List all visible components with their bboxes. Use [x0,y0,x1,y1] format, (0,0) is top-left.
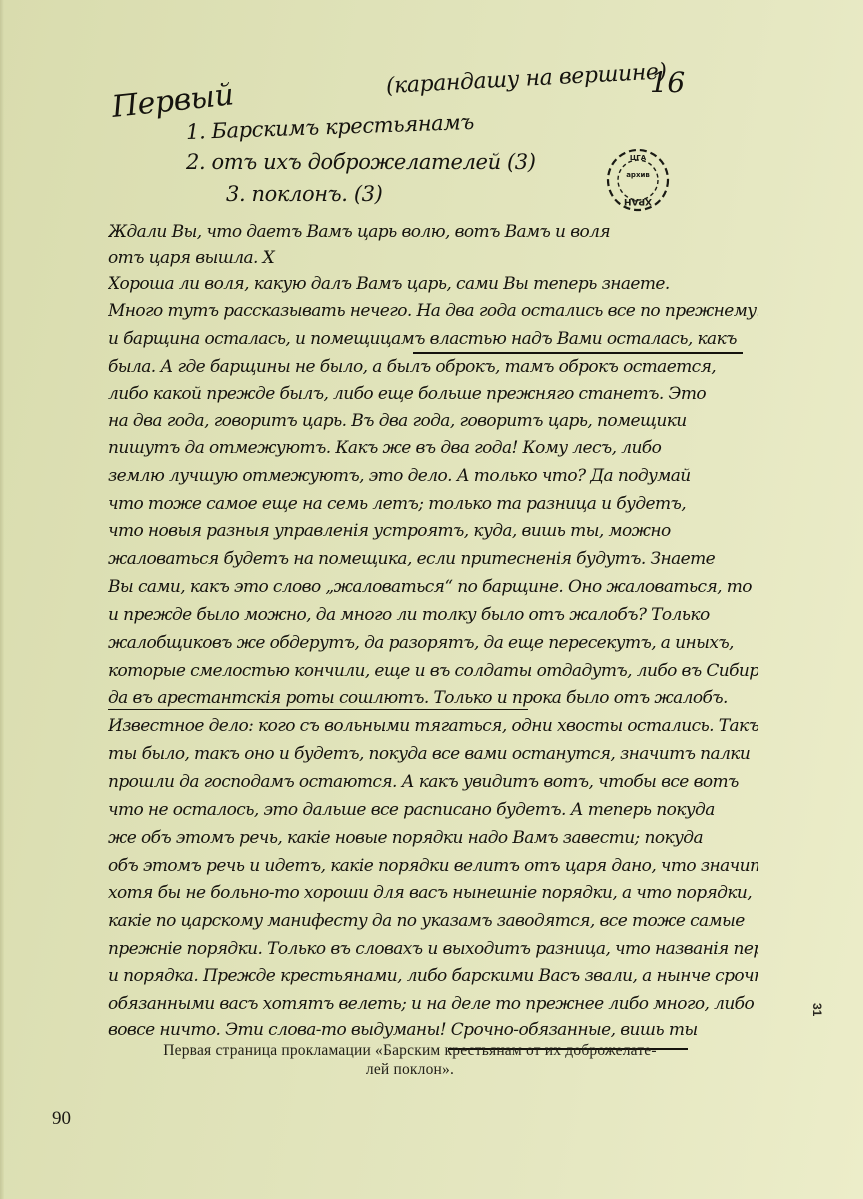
manuscript-line: пишутъ да отмежуютъ. Какъ же въ два года… [108,438,758,458]
side-margin-mark: 31 [810,1003,824,1016]
manuscript-line: жалобщиковъ же обдерутъ, да разорятъ, да… [108,633,758,653]
manuscript-line: и порядка. Прежде крестьянами, либо барс… [108,966,758,986]
svg-text:ЦГА: ЦГА [630,154,647,162]
figure-caption: Первая страница прокламации «Барским кре… [75,1041,745,1079]
manuscript-line: что новыя разныя управленія устроятъ, ку… [108,521,758,541]
manuscript-line: на два года, говоритъ царь. Въ два года,… [108,411,758,431]
manuscript-line: какіе по царскому манифесту да по указам… [108,911,758,931]
manuscript-line: Вы сами, какъ это слово „жаловаться“ по … [108,577,758,597]
manuscript-line: что тоже самое еще на семь летъ; только … [108,494,758,514]
manuscript-header-note: (карандашу на вершине) [385,59,667,99]
manuscript-line: которые смелостью кончили, еще и въ солд… [108,661,758,681]
manuscript-line: жаловаться будетъ на помещика, если прит… [108,549,758,569]
manuscript-heading-line-2: 2. отъ ихъ доброжелателей (3) [186,150,536,174]
manuscript-line: хотя бы не больно-то хороши для васъ нын… [108,883,758,903]
manuscript-line: Много тутъ рассказывать нечего. На два г… [108,301,758,321]
manuscript-underline [108,709,528,710]
figure-caption-line-1: Первая страница прокламации «Барским кре… [75,1041,745,1060]
manuscript-line: ты было, такъ оно и будетъ, покуда все в… [108,744,758,764]
manuscript-line: была. А где барщины не было, а былъ обро… [108,357,758,377]
page-gutter-shadow [0,0,4,1199]
manuscript-line: же объ этомъ речь, какіе новые порядки н… [108,828,758,848]
manuscript-line: прошли да господамъ остаются. А какъ уви… [108,772,758,792]
manuscript-sheet-number: 16 [650,66,685,99]
manuscript-line: объ этомъ речь и идетъ, какіе порядки ве… [108,856,758,876]
svg-text:ХРАН: ХРАН [624,196,652,206]
manuscript-underline [413,352,743,354]
manuscript-line: вовсе ничто. Эти слова-то выдуманы! Сроч… [108,1020,758,1040]
manuscript-line: отъ царя вышла. X [108,248,758,268]
svg-text:архив: архив [626,171,650,179]
manuscript-heading-line-1: 1. Барскимъ крестьянамъ [186,110,475,144]
manuscript-line: либо какой прежде былъ, либо еще больше … [108,384,758,404]
manuscript-line: прежніе порядки. Только въ словахъ и вых… [108,939,758,959]
manuscript-line: Ждали Вы, что даетъ Вамъ царь волю, вотъ… [108,222,758,242]
manuscript-header-title: Первый [110,77,235,125]
manuscript-line: и прежде было можно, да много ли толку б… [108,605,758,625]
page-number: 90 [52,1108,71,1130]
manuscript-line: Хороша ли воля, какую далъ Вамъ царь, са… [108,274,758,294]
archive-stamp-icon: архив ЦГА ХРАН [598,145,678,215]
manuscript-line: да въ арестантскія роты сошлютъ. Только … [108,688,758,708]
manuscript-heading-line-3: 3. поклонъ. (3) [226,182,382,206]
figure-caption-line-2: лей поклон». [75,1060,745,1079]
manuscript-line: и барщина осталась, и помещицамъ властью… [108,329,758,349]
manuscript-line: Известное дело: кого съ вольными тягатьс… [108,716,758,736]
manuscript-line: что не осталось, это дальше все расписан… [108,800,758,820]
manuscript-line: землю лучшую отмежуютъ, это дело. А толь… [108,466,758,486]
manuscript-line: обязанными васъ хотятъ велеть; и на деле… [108,994,758,1014]
